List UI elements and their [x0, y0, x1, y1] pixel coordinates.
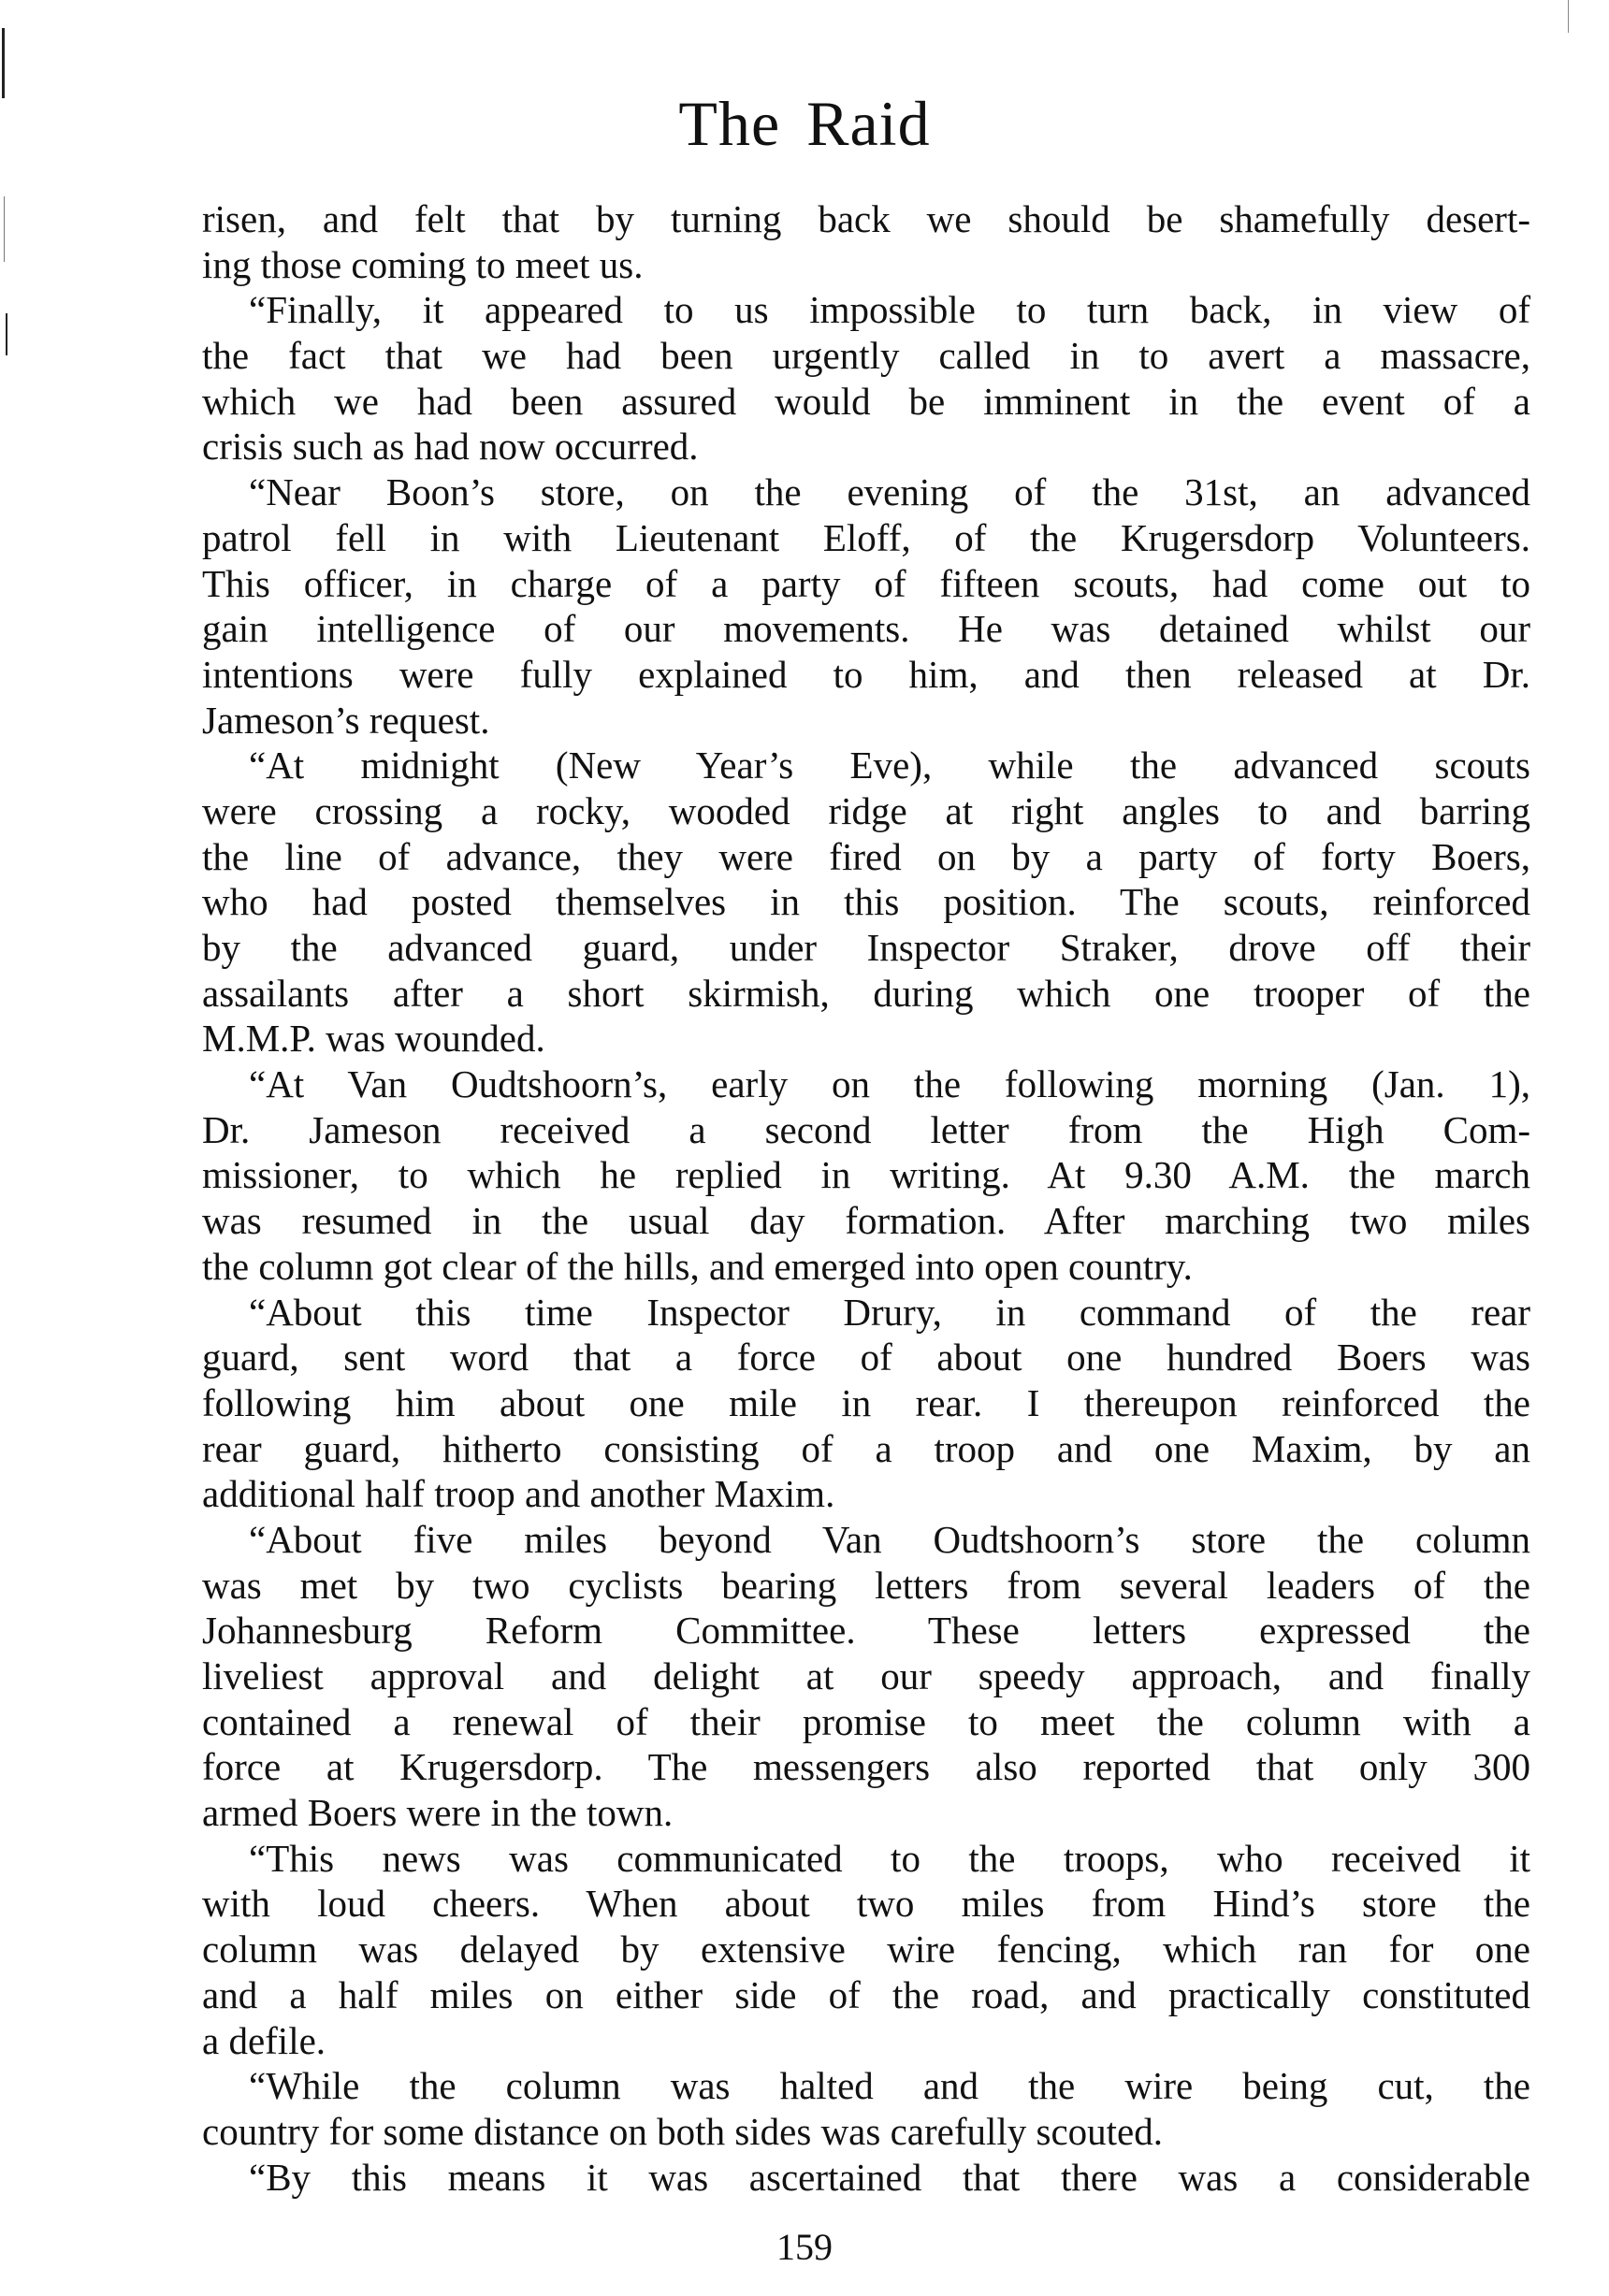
text-line: “At Van Oudtshoorn’s, early on the follo… — [202, 1061, 1530, 1107]
text-line: column was delayed by extensive wire fen… — [202, 1927, 1530, 1972]
text-line: missioner, to which he replied in writin… — [202, 1152, 1530, 1198]
page-title: The Raid — [0, 86, 1609, 161]
text-line: rear guard, hitherto consisting of a tro… — [202, 1426, 1530, 1472]
text-line: liveliest approval and delight at our sp… — [202, 1653, 1530, 1699]
text-line: ing those coming to meet us. — [202, 242, 1530, 288]
body-text: risen, and felt that by turning back we … — [202, 196, 1530, 2200]
text-line: “This news was communicated to the troop… — [202, 1836, 1530, 1882]
text-line: was met by two cyclists bearing letters … — [202, 1563, 1530, 1609]
text-line: guard, sent word that a force of about o… — [202, 1335, 1530, 1380]
text-line: risen, and felt that by turning back we … — [202, 196, 1530, 242]
text-line: contained a renewal of their promise to … — [202, 1699, 1530, 1745]
text-line: Jameson’s request. — [202, 698, 1530, 744]
page-number: 159 — [0, 2224, 1609, 2271]
text-line: assailants after a short skirmish, durin… — [202, 971, 1530, 1017]
text-line: Dr. Jameson received a second letter fro… — [202, 1107, 1530, 1153]
text-line: armed Boers were in the town. — [202, 1790, 1530, 1836]
text-line: the column got clear of the hills, and e… — [202, 1244, 1530, 1290]
text-line: was resumed in the usual day formation. … — [202, 1198, 1530, 1244]
text-line: “About this time Inspector Drury, in com… — [202, 1290, 1530, 1336]
text-line: the line of advance, they were fired on … — [202, 834, 1530, 880]
text-line: a defile. — [202, 2018, 1530, 2064]
scan-edge-mark — [6, 313, 7, 355]
text-line: patrol fell in with Lieutenant Eloff, of… — [202, 515, 1530, 561]
text-line: force at Krugersdorp. The messengers als… — [202, 1744, 1530, 1790]
text-line: Johannesburg Reform Committee. These let… — [202, 1608, 1530, 1653]
text-line: “About five miles beyond Van Oudtshoorn’… — [202, 1517, 1530, 1563]
text-line: who had posted themselves in this positi… — [202, 879, 1530, 925]
text-line: by the advanced guard, under Inspector S… — [202, 925, 1530, 971]
text-line: “At midnight (New Year’s Eve), while the… — [202, 743, 1530, 788]
text-line: intentions were fully explained to him, … — [202, 652, 1530, 698]
scan-edge-mark — [4, 196, 5, 262]
scan-edge-mark — [1568, 0, 1569, 33]
text-line: M.M.P. was wounded. — [202, 1016, 1530, 1061]
text-line: “Finally, it appeared to us impossible t… — [202, 287, 1530, 333]
text-line: “While the column was halted and the wir… — [202, 2063, 1530, 2109]
text-line: crisis such as had now occurred. — [202, 424, 1530, 469]
text-line: which we had been assured would be immin… — [202, 379, 1530, 425]
text-line: “Near Boon’s store, on the evening of th… — [202, 469, 1530, 515]
text-line: “By this means it was ascertained that t… — [202, 2155, 1530, 2201]
text-line: the fact that we had been urgently calle… — [202, 333, 1530, 379]
text-line: with loud cheers. When about two miles f… — [202, 1881, 1530, 1927]
text-line: country for some distance on both sides … — [202, 2109, 1530, 2155]
text-line: additional half troop and another Maxim. — [202, 1471, 1530, 1517]
text-line: and a half miles on either side of the r… — [202, 1972, 1530, 2018]
text-line: were crossing a rocky, wooded ridge at r… — [202, 788, 1530, 834]
text-line: gain intelligence of our movements. He w… — [202, 606, 1530, 652]
text-line: This officer, in charge of a party of fi… — [202, 561, 1530, 607]
text-line: following him about one mile in rear. I … — [202, 1380, 1530, 1426]
